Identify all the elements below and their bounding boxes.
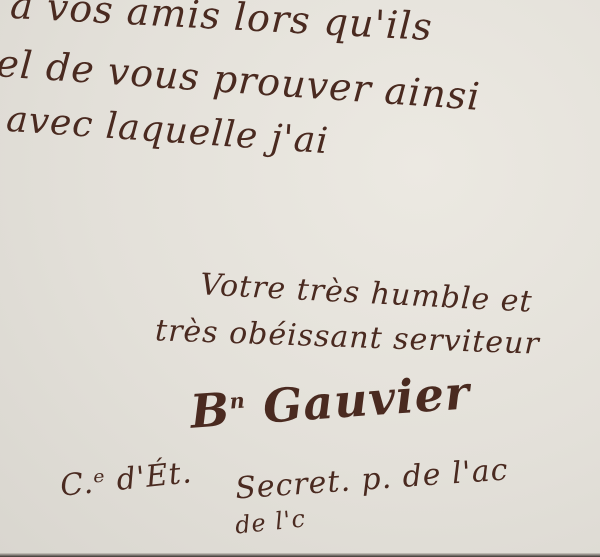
letter-page: à vos amis lors qu'ils el de vous prouve… — [0, 0, 600, 557]
title-annotation-right-1: Secret. p. de l'ac — [234, 452, 509, 506]
page-bottom-edge — [0, 553, 600, 557]
closing-line-1: Votre très humble et — [199, 267, 533, 319]
body-line-1: à vos amis lors qu'ils — [9, 0, 434, 49]
signature-prefix: B — [188, 382, 232, 439]
body-line-3: avec laquelle j'ai — [5, 99, 330, 162]
signature-name: Gauvier — [261, 365, 472, 433]
title-annotation-right-2: de l'c — [234, 504, 307, 539]
signature-prefix-superscript: n — [229, 389, 247, 414]
title-annotation-left: C.ᵉ d'Ét. — [59, 455, 194, 504]
closing-line-2: très obéissant serviteur — [155, 313, 541, 361]
signature: Bn Gauvier — [188, 365, 471, 438]
